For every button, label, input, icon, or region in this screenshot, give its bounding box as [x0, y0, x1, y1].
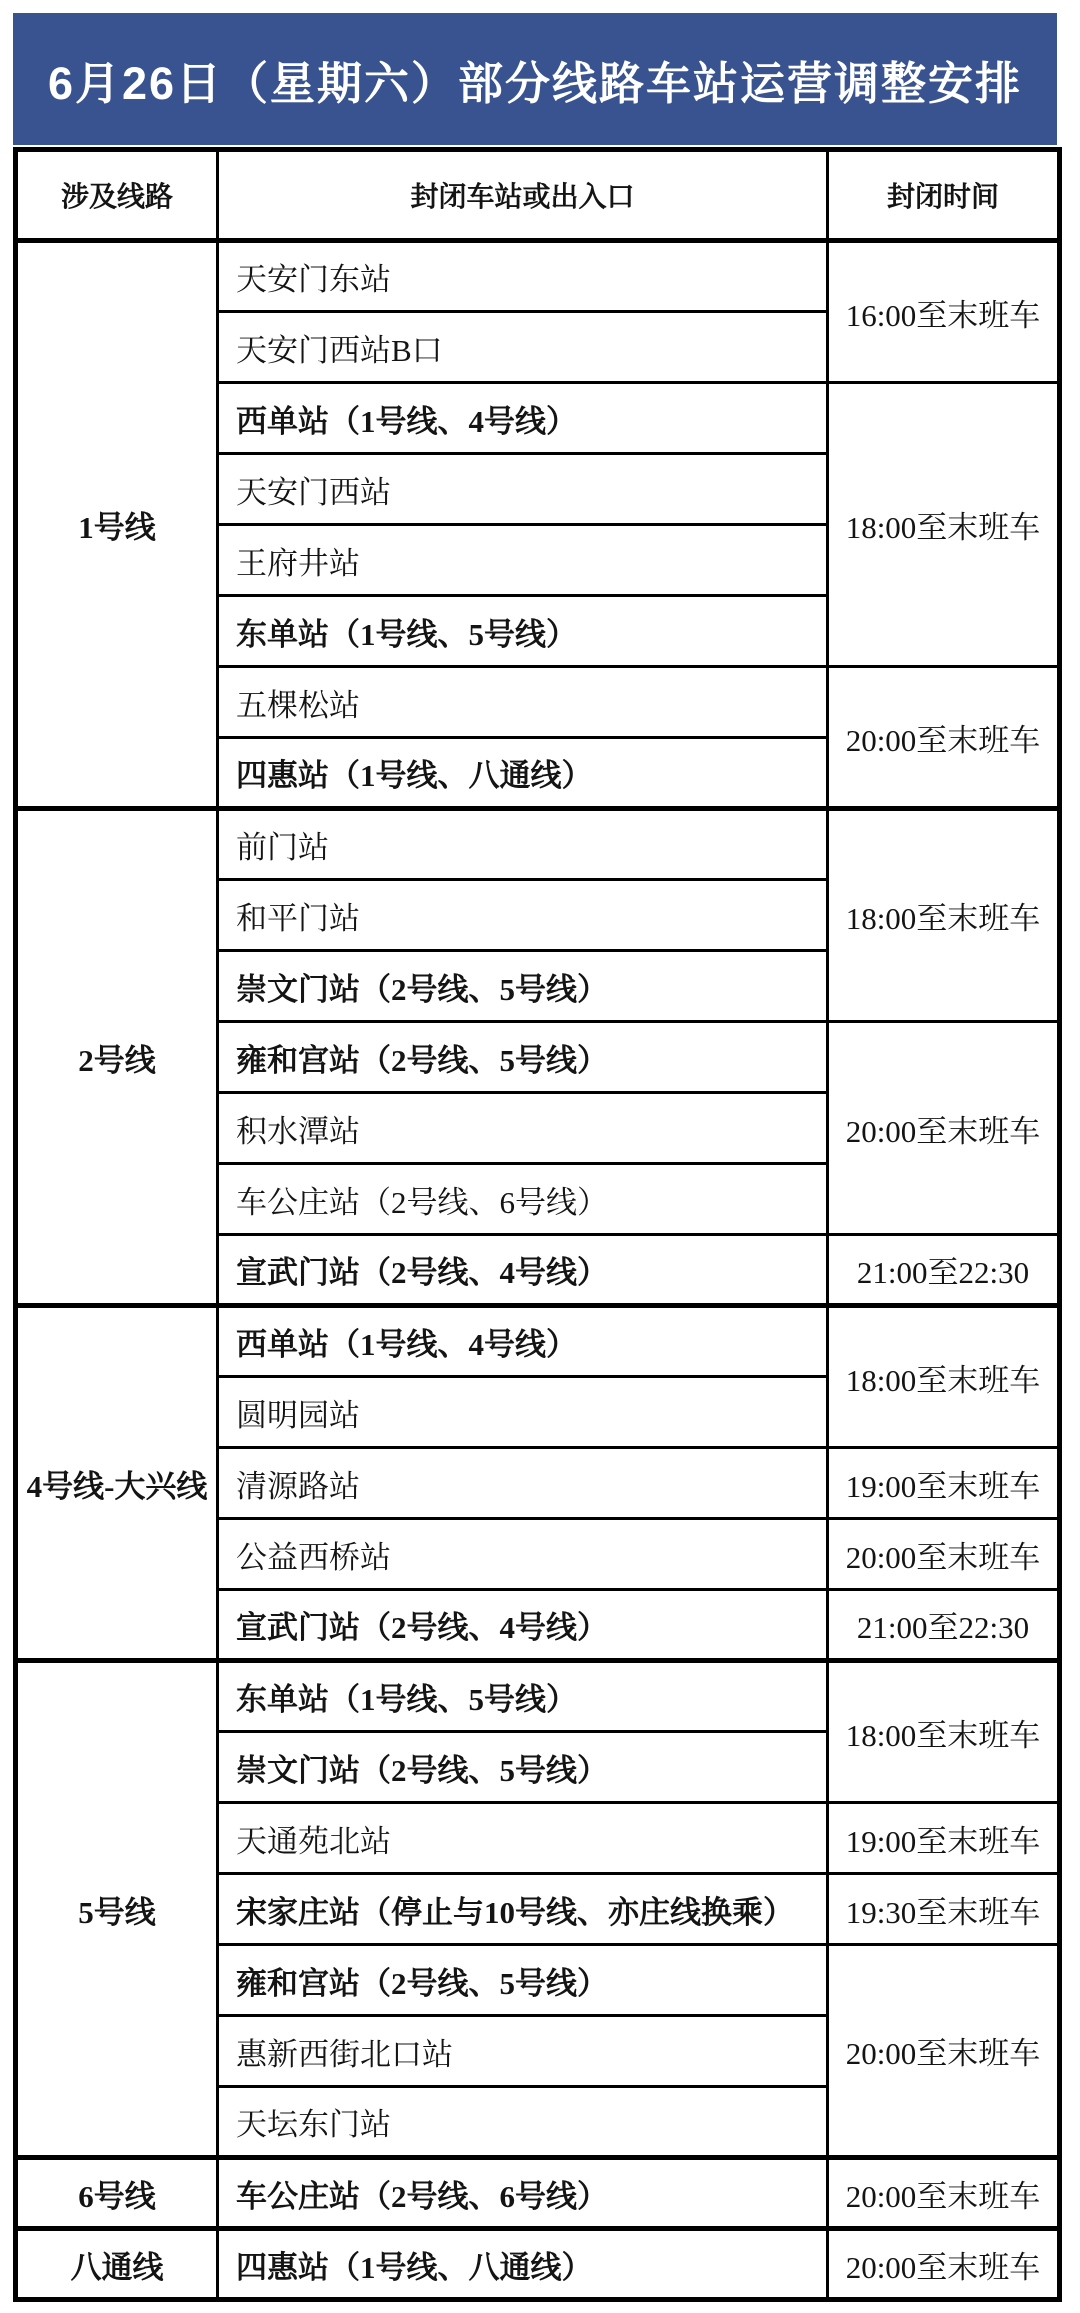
time-cell: 19:30至末班车: [828, 1874, 1060, 1945]
station-cell: 车公庄站（2号线、6号线）: [218, 1164, 828, 1235]
station-cell: 天安门西站B口: [218, 312, 828, 383]
table-row: 6号线车公庄站（2号线、6号线）20:00至末班车: [16, 2158, 1060, 2229]
station-cell: 天通苑北站: [218, 1803, 828, 1874]
time-cell: 20:00至末班车: [828, 2158, 1060, 2229]
station-cell: 雍和宫站（2号线、5号线）: [218, 1022, 828, 1093]
column-header-line: 涉及线路: [16, 150, 218, 241]
time-cell: 18:00至末班车: [828, 383, 1060, 667]
time-cell: 18:00至末班车: [828, 1306, 1060, 1448]
table-body: 1号线天安门东站16:00至末班车天安门西站B口西单站（1号线、4号线）18:0…: [16, 241, 1060, 2300]
station-cell: 和平门站: [218, 880, 828, 951]
station-cell: 东单站（1号线、5号线）: [218, 1661, 828, 1732]
time-cell: 19:00至末班车: [828, 1803, 1060, 1874]
station-cell: 积水潭站: [218, 1093, 828, 1164]
station-cell: 宣武门站（2号线、4号线）: [218, 1590, 828, 1661]
station-cell: 王府井站: [218, 525, 828, 596]
station-cell: 天安门东站: [218, 241, 828, 312]
station-cell: 西单站（1号线、4号线）: [218, 1306, 828, 1377]
station-cell: 崇文门站（2号线、5号线）: [218, 951, 828, 1022]
line-label: 6号线: [16, 2158, 218, 2229]
table-row: 八通线四惠站（1号线、八通线）20:00至末班车: [16, 2229, 1060, 2300]
station-cell: 公益西桥站: [218, 1519, 828, 1590]
station-cell: 五棵松站: [218, 667, 828, 738]
time-cell: 19:00至末班车: [828, 1448, 1060, 1519]
station-cell: 清源路站: [218, 1448, 828, 1519]
time-cell: 20:00至末班车: [828, 1022, 1060, 1235]
table-header: 涉及线路 封闭车站或出入口 封闭时间: [16, 150, 1060, 241]
line-label: 1号线: [16, 241, 218, 809]
page: 6月26日（星期六）部分线路车站运营调整安排 涉及线路 封闭车站或出入口 封闭时…: [0, 0, 1080, 2313]
column-header-station: 封闭车站或出入口: [218, 150, 828, 241]
page-title: 6月26日（星期六）部分线路车站运营调整安排: [48, 47, 1022, 112]
column-header-time: 封闭时间: [828, 150, 1060, 241]
time-cell: 21:00至22:30: [828, 1590, 1060, 1661]
table-row: 5号线东单站（1号线、5号线）18:00至末班车: [16, 1661, 1060, 1732]
line-label: 八通线: [16, 2229, 218, 2300]
time-cell: 18:00至末班车: [828, 809, 1060, 1022]
time-cell: 20:00至末班车: [828, 2229, 1060, 2300]
line-label: 4号线-大兴线: [16, 1306, 218, 1661]
station-cell: 天安门西站: [218, 454, 828, 525]
title-banner: 6月26日（星期六）部分线路车站运营调整安排: [13, 13, 1057, 145]
station-cell: 东单站（1号线、5号线）: [218, 596, 828, 667]
station-cell: 雍和宫站（2号线、5号线）: [218, 1945, 828, 2016]
station-cell: 圆明园站: [218, 1377, 828, 1448]
time-cell: 20:00至末班车: [828, 667, 1060, 809]
table-row: 4号线-大兴线西单站（1号线、4号线）18:00至末班车: [16, 1306, 1060, 1377]
closure-schedule-table: 涉及线路 封闭车站或出入口 封闭时间 1号线天安门东站16:00至末班车天安门西…: [13, 147, 1062, 2302]
station-cell: 四惠站（1号线、八通线）: [218, 2229, 828, 2300]
station-cell: 前门站: [218, 809, 828, 880]
table-row: 2号线前门站18:00至末班车: [16, 809, 1060, 880]
time-cell: 21:00至22:30: [828, 1235, 1060, 1306]
header-row: 涉及线路 封闭车站或出入口 封闭时间: [16, 150, 1060, 241]
station-cell: 崇文门站（2号线、5号线）: [218, 1732, 828, 1803]
station-cell: 四惠站（1号线、八通线）: [218, 738, 828, 809]
station-cell: 车公庄站（2号线、6号线）: [218, 2158, 828, 2229]
station-cell: 宣武门站（2号线、4号线）: [218, 1235, 828, 1306]
line-label: 2号线: [16, 809, 218, 1306]
station-cell: 西单站（1号线、4号线）: [218, 383, 828, 454]
time-cell: 20:00至末班车: [828, 1519, 1060, 1590]
time-cell: 16:00至末班车: [828, 241, 1060, 383]
line-label: 5号线: [16, 1661, 218, 2158]
station-cell: 宋家庄站（停止与10号线、亦庄线换乘）: [218, 1874, 828, 1945]
time-cell: 18:00至末班车: [828, 1661, 1060, 1803]
table-row: 1号线天安门东站16:00至末班车: [16, 241, 1060, 312]
station-cell: 惠新西街北口站: [218, 2016, 828, 2087]
station-cell: 天坛东门站: [218, 2087, 828, 2158]
time-cell: 20:00至末班车: [828, 1945, 1060, 2158]
